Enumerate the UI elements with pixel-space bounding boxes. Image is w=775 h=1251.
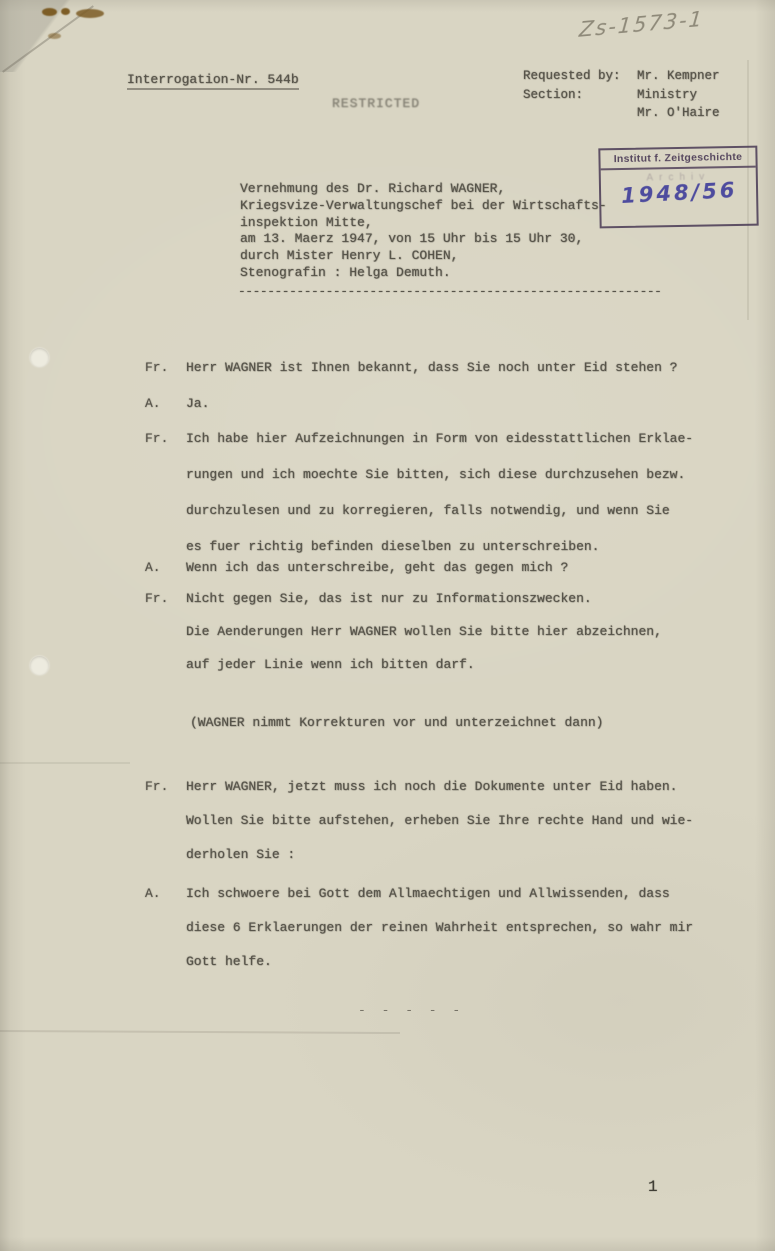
stage-direction-note: (WAGNER nimmt Korrekturen vor und unterz… [190,715,603,730]
stain [42,8,57,16]
section-person: Mr. O'Haire [637,106,720,120]
crease-line [0,762,130,764]
qa-line: Gott helfe. [186,954,745,988]
qa-block: A. Ich schwoere bei Gott dem Allmaechtig… [145,886,745,988]
qa-line: derholen Sie : [186,847,745,881]
stamp-handwritten-number: 1948/56 [621,178,738,208]
qa-line: Wenn ich das unterschreibe, geht das geg… [186,560,745,593]
title-line: Vernehmung des Dr. Richard WAGNER, [240,181,607,198]
title-line: am 13. Maerz 1947, von 15 Uhr bis 15 Uhr… [240,231,607,248]
qa-line: Ich schwoere bei Gott dem Allmaechtigen … [186,886,745,920]
qa-line: Herr WAGNER ist Ihnen bekannt, dass Sie … [186,360,745,396]
speaker-label: Fr. [145,431,168,446]
qa-line: Ja. [186,396,745,432]
section-value: Ministry [637,88,697,102]
title-line: inspektion Mitte, [240,215,607,232]
qa-line: durchzulesen und zu korregieren, falls n… [186,503,745,539]
speaker-label: Fr. [145,591,168,606]
qa-line: rungen und ich moechte Sie bitten, sich … [186,467,745,503]
classification-marking: RESTRICTED [332,96,420,111]
speaker-label: Fr. [145,360,168,375]
qa-block: A. Wenn ich das unterschreibe, geht das … [145,560,745,593]
pencil-archive-reference: Zs-1573-1 [578,6,705,41]
section-label: Section: [523,88,583,102]
qa-block: Fr. Ich habe hier Aufzeichnungen in Form… [145,431,745,575]
stain [76,9,104,18]
end-of-section-dashes: - - - - - [358,1003,464,1018]
requested-by-value: Mr. Kempner [637,69,720,83]
stain [48,33,61,39]
qa-block: Fr. Herr WAGNER ist Ihnen bekannt, dass … [145,360,745,396]
interrogation-number: Interrogation-Nr. 544b [127,72,299,90]
speaker-label: A. [145,560,161,575]
qa-line: Ich habe hier Aufzeichnungen in Form von… [186,431,745,467]
scanned-document-page: Zs-1573-1 Interrogation-Nr. 544b RESTRIC… [0,0,775,1251]
stain [61,8,70,15]
qa-block: A. Ja. [145,396,745,432]
page-number: 1 [648,1178,658,1196]
requested-by-label: Requested by: [523,69,621,83]
qa-line: auf jeder Linie wenn ich bitten darf. [186,657,745,690]
dashed-separator: ----------------------------------------… [238,284,662,298]
qa-line: Die Aenderungen Herr WAGNER wollen Sie b… [186,624,745,657]
speaker-label: A. [145,396,161,411]
archive-stamp: Institut f. Zeitgeschichte Archiv 1948/5… [598,146,758,229]
title-line: Kriegsvize-Verwaltungschef bei der Wirts… [240,198,607,215]
speaker-label: A. [145,886,161,901]
punch-hole [30,656,49,675]
qa-block: Fr. Nicht gegen Sie, das ist nur zu Info… [145,591,745,690]
qa-block: Fr. Herr WAGNER, jetzt muss ich noch die… [145,779,745,881]
speaker-label: Fr. [145,779,168,794]
stamp-institution-text: Institut f. Zeitgeschichte [600,151,755,166]
punch-hole [30,348,49,367]
qa-line: Nicht gegen Sie, das ist nur zu Informat… [186,591,745,624]
qa-line: Herr WAGNER, jetzt muss ich noch die Dok… [186,779,745,813]
qa-line: Wollen Sie bitte aufstehen, erheben Sie … [186,813,745,847]
title-block: Vernehmung des Dr. Richard WAGNER, Krieg… [240,181,607,282]
qa-line: diese 6 Erklaerungen der reinen Wahrheit… [186,920,745,954]
title-line: durch Mister Henry L. COHEN, [240,248,607,265]
crease-line [0,1030,400,1034]
stamp-divider [601,166,756,171]
title-line: Stenografin : Helga Demuth. [240,265,607,282]
